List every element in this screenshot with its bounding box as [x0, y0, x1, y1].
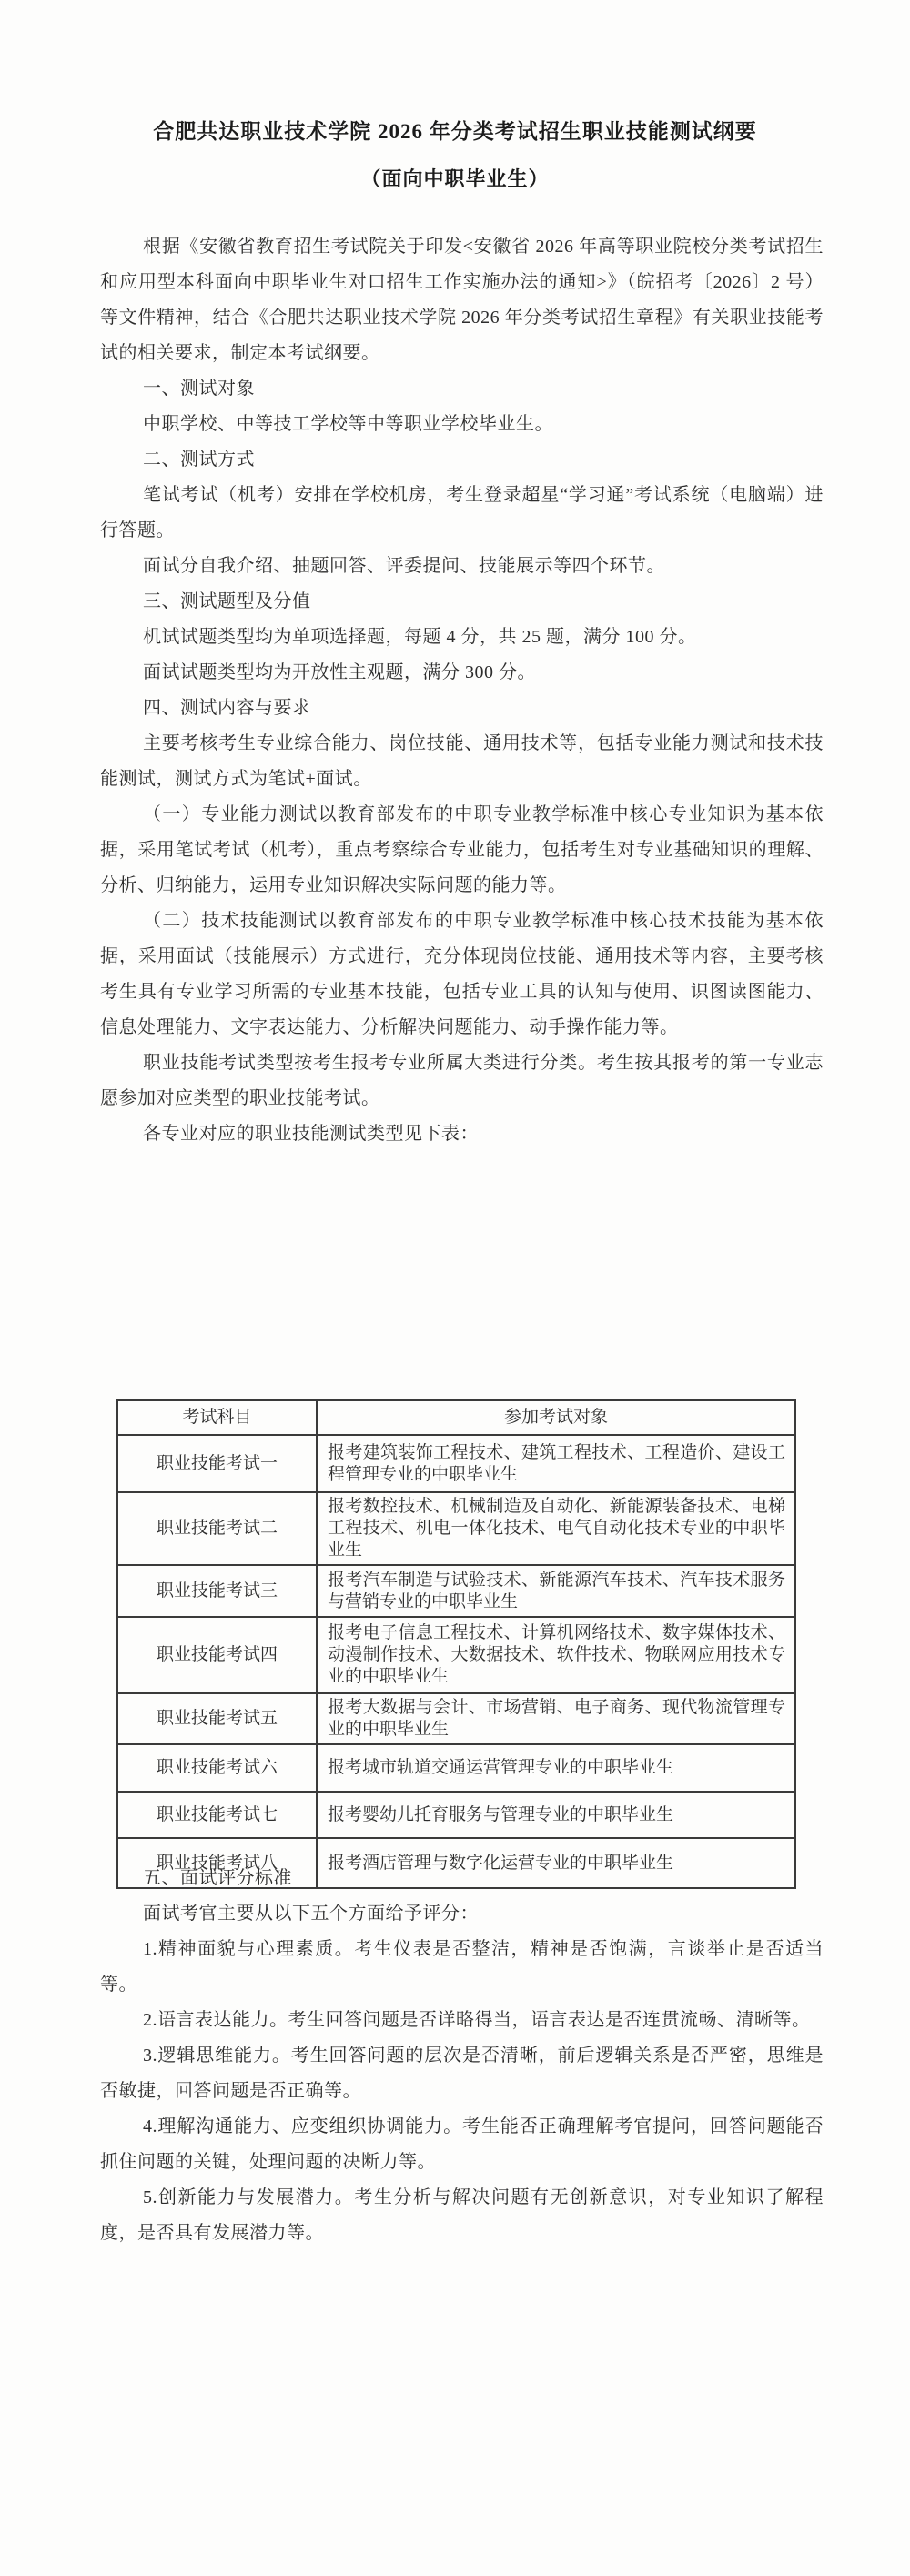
exam-type-table-head: 考试科目 参加考试对象 — [117, 1400, 795, 1435]
paragraph: 4.理解沟通能力、应变组织协调能力。考生能否正确理解考官提问，回答问题能否抓住问… — [100, 2109, 824, 2180]
exam-type-table: 考试科目 参加考试对象 职业技能考试一报考建筑装饰工程技术、建筑工程技术、工程造… — [116, 1399, 796, 1889]
paragraph: 3.逻辑思维能力。考生回答问题的层次是否清晰，前后逻辑关系是否严密，思维是否敏捷… — [100, 2038, 824, 2109]
exam-subject-cell: 职业技能考试七 — [117, 1792, 317, 1838]
table-row: 职业技能考试三报考汽车制造与试验技术、新能源汽车技术、汽车技术服务与营销专业的中… — [117, 1565, 795, 1617]
table-row: 职业技能考试四报考电子信息工程技术、计算机网络技术、数字媒体技术、动漫制作技术、… — [117, 1617, 795, 1693]
table-row: 职业技能考试六报考城市轨道交通运营管理专业的中职毕业生 — [117, 1744, 795, 1792]
exam-audience-cell: 报考电子信息工程技术、计算机网络技术、数字媒体技术、动漫制作技术、大数据技术、软… — [317, 1617, 795, 1693]
paragraph: 1.精神面貌与心理素质。考生仪表是否整洁，精神是否饱满，言谈举止是否适当等。 — [100, 1932, 824, 2003]
paragraph: 笔试考试（机考）安排在学校机房，考生登录超星“学习通”考试系统（电脑端）进行答题… — [100, 478, 824, 549]
paragraph: 面试考官主要从以下五个方面给予评分： — [100, 1896, 824, 1932]
exam-audience-cell: 报考建筑装饰工程技术、建筑工程技术、工程造价、建设工程管理专业的中职毕业生 — [317, 1435, 795, 1492]
exam-audience-cell: 报考大数据与会计、市场营销、电子商务、现代物流管理专业的中职毕业生 — [317, 1693, 795, 1744]
document-title-line2: （面向中职毕业生） — [82, 156, 828, 203]
section-heading: 三、测试题型及分值 — [100, 584, 824, 620]
table-row: 职业技能考试一报考建筑装饰工程技术、建筑工程技术、工程造价、建设工程管理专业的中… — [117, 1435, 795, 1492]
table-row: 职业技能考试五报考大数据与会计、市场营销、电子商务、现代物流管理专业的中职毕业生 — [117, 1693, 795, 1744]
exam-type-table-body: 职业技能考试一报考建筑装饰工程技术、建筑工程技术、工程造价、建设工程管理专业的中… — [117, 1435, 795, 1888]
exam-audience-cell: 报考婴幼儿托育服务与管理专业的中职毕业生 — [317, 1792, 795, 1838]
paragraph: 面试分自我介绍、抽题回答、评委提问、技能展示等四个环节。 — [100, 549, 824, 584]
exam-subject-cell: 职业技能考试三 — [117, 1565, 317, 1617]
paragraph: 职业技能考试类型按考生报考专业所属大类进行分类。考生按其报考的第一专业志愿参加对… — [100, 1046, 824, 1116]
document-title: 合肥共达职业技术学院 2026 年分类考试招生职业技能测试纲要 （面向中职毕业生… — [82, 108, 828, 203]
paragraph: 中职学校、中等技工学校等中等职业学校毕业生。 — [100, 407, 824, 442]
table-row: 职业技能考试七报考婴幼儿托育服务与管理专业的中职毕业生 — [117, 1792, 795, 1838]
paragraph: （二）技术技能测试以教育部发布的中职专业教学标准中核心技术技能为基本依据，采用面… — [100, 904, 824, 1046]
document-title-line1: 合肥共达职业技术学院 2026 年分类考试招生职业技能测试纲要 — [82, 108, 828, 156]
exam-subject-cell: 职业技能考试四 — [117, 1617, 317, 1693]
paragraph: 主要考核考生专业综合能力、岗位技能、通用技术等，包括专业能力测试和技术技能测试，… — [100, 726, 824, 797]
section-heading: 一、测试对象 — [100, 371, 824, 407]
paragraph: 2.语言表达能力。考生回答问题是否详略得当，语言表达是否连贯流畅、清晰等。 — [100, 2003, 824, 2038]
paragraph: 机试试题类型均为单项选择题，每题 4 分，共 25 题，满分 100 分。 — [100, 620, 824, 655]
paragraph: （一）专业能力测试以教育部发布的中职专业教学标准中核心专业知识为基本依据，采用笔… — [100, 797, 824, 904]
exam-subject-cell: 职业技能考试六 — [117, 1744, 317, 1792]
paragraph: 各专业对应的职业技能测试类型见下表： — [100, 1116, 824, 1152]
column-header-exam-audience: 参加考试对象 — [317, 1400, 795, 1435]
content-before-table: 根据《安徽省教育招生考试院关于印发<安徽省 2026 年高等职业院校分类考试招生… — [100, 229, 824, 1152]
exam-subject-cell: 职业技能考试五 — [117, 1693, 317, 1744]
table-header-row: 考试科目 参加考试对象 — [117, 1400, 795, 1435]
exam-audience-cell: 报考汽车制造与试验技术、新能源汽车技术、汽车技术服务与营销专业的中职毕业生 — [317, 1565, 795, 1617]
paragraph: 根据《安徽省教育招生考试院关于印发<安徽省 2026 年高等职业院校分类考试招生… — [100, 229, 824, 371]
exam-audience-cell: 报考城市轨道交通运营管理专业的中职毕业生 — [317, 1744, 795, 1792]
section-heading: 五、面试评分标准 — [100, 1861, 824, 1896]
paragraph: 面试试题类型均为开放性主观题，满分 300 分。 — [100, 655, 824, 691]
document-page: 合肥共达职业技术学院 2026 年分类考试招生职业技能测试纲要 （面向中职毕业生… — [0, 0, 910, 2576]
exam-subject-cell: 职业技能考试二 — [117, 1492, 317, 1565]
section-heading: 二、测试方式 — [100, 442, 824, 478]
content-after-table: 五、面试评分标准面试考官主要从以下五个方面给予评分：1.精神面貌与心理素质。考生… — [100, 1861, 824, 2251]
exam-subject-cell: 职业技能考试一 — [117, 1435, 317, 1492]
paragraph: 5.创新能力与发展潜力。考生分析与解决问题有无创新意识，对专业知识了解程度，是否… — [100, 2180, 824, 2251]
section-heading: 四、测试内容与要求 — [100, 691, 824, 726]
table-row: 职业技能考试二报考数控技术、机械制造及自动化、新能源装备技术、电梯工程技术、机电… — [117, 1492, 795, 1565]
exam-audience-cell: 报考数控技术、机械制造及自动化、新能源装备技术、电梯工程技术、机电一体化技术、电… — [317, 1492, 795, 1565]
column-header-exam-subject: 考试科目 — [117, 1400, 317, 1435]
